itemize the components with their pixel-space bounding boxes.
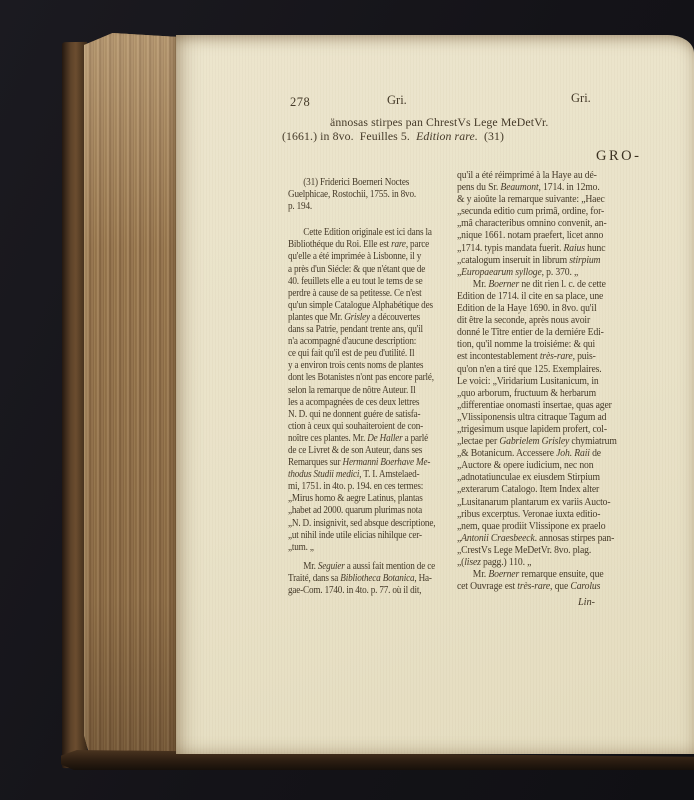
running-head-right: Gri. [571, 91, 591, 106]
text-line: dont les Botanistes n'ont pas encore par… [288, 372, 443, 384]
text-line: donné le Tître entier de la derniére Edi… [457, 327, 636, 339]
text-line: qu'il a été réimprimé à la Haye au dé- [457, 170, 636, 182]
text-line: cet Ouvrage est très-rare, que Carolus [457, 581, 636, 593]
text-line: & y aioûte la remarque suivante: „Haec [457, 194, 636, 206]
paragraph: (31) Friderici Boerneri NoctesGuelphicae… [288, 177, 460, 213]
text-line: „adnotatiunculae ex eiusdem Stirpium [457, 472, 636, 484]
text-line: tion, qu'il nomme la troisiéme: & qui [457, 339, 636, 351]
paragraph: qu'il a été réimprimé à la Haye au dé-pe… [457, 170, 649, 279]
text-line: „secunda editio cum primâ, ordine, for- [457, 206, 636, 218]
text-line: „quo arborum, fructuum & herbarum [457, 388, 636, 400]
text-line: Remarques sur Hermanni Boerhave Me- [288, 457, 443, 469]
text-line: (31) Friderici Boerneri Noctes [288, 177, 443, 189]
text-line: selon la remarque de nôtre Auteur. Il [288, 385, 443, 397]
text-line: „1714. typis mandata fuerit. Raius hunc [457, 243, 636, 255]
text-line: „Mirus homo & aegre Latinus, plantas [288, 493, 443, 505]
text-line: Edition de la Haye 1690. in 8vo. qu'il [457, 303, 636, 315]
text-line: „nem, quae prodiit Vlissipone ex praelo [457, 521, 636, 533]
text-line: gae-Com. 1740. in 4to. p. 77. où il dit, [288, 585, 443, 597]
text-line: „catalogum inseruit in librum stirpium [457, 255, 636, 267]
text-line: Guelphicae, Rostochii, 1755. in 8vo. [288, 189, 443, 201]
text-line: qu'un simple Catalogue Alphabétique des [288, 300, 443, 312]
text-line: „exterarum Catalogo. Item Index alter [457, 484, 636, 496]
text-line: noître ces plantes. Mr. De Haller a parl… [288, 433, 443, 445]
text-line: Mr. Seguier a aussi fait mention de ce [288, 561, 443, 573]
book-cover-edge-left [62, 42, 87, 768]
book-page: 278 Gri. Gri. ännosas stirpes pan Chrest… [176, 35, 694, 754]
text-line: „ut nihil inde utile elicias nihilque ce… [288, 530, 443, 542]
text-line: „mâ characteribus omnino convenit, an- [457, 218, 636, 230]
title-continuation-line-2: (1661.) in 8vo. Feuilles 5. Edition rare… [282, 129, 504, 144]
text-line: „Auctore & opere iudicium, nec non [457, 460, 636, 472]
text-line: „lectae per Gabrielem Grisley chymiatrum [457, 436, 636, 448]
text-line: de ce Livret & de son Auteur, dans ses [288, 445, 443, 457]
text-line: perdre à cause de sa petitesse. Ce n'est [288, 288, 443, 300]
text-line: „differentiae onomasti insertae, quas ag… [457, 400, 636, 412]
text-line: a près d'un Siécle: & que n'étant que de [288, 264, 443, 276]
right-text-column: qu'il a été réimprimé à la Haye au dé-pe… [457, 170, 649, 593]
text-line: 40. feuillets elle a eu tout le tems de … [288, 276, 443, 288]
text-line: „(lisez pagg.) 110. „ [457, 557, 636, 569]
text-line: Mr. Boerner ne dit rien l. c. de cette [457, 279, 636, 291]
paragraph: Cette Edition originale est ici dans laB… [288, 227, 460, 554]
text-line: dit être la seconde, après nous avoir [457, 315, 636, 327]
text-line: ce qui fait qu'il est de peu d'utilité. … [288, 348, 443, 360]
text-line: „Antonii Craesbeeck. annosas stirpes pan… [457, 533, 636, 545]
text-line: thodus Studii medici, T. I. Amstelaed- [288, 469, 443, 481]
text-line: „nique 1661. notam praefert, licet anno [457, 230, 636, 242]
text-line: pens du Sr. Beaumont, 1714. in 12mo. [457, 182, 636, 194]
text-line: Edition de 1714. il cite en sa place, un… [457, 291, 636, 303]
text-line: dans sa Patrie, pendant trente ans, qu'i… [288, 324, 443, 336]
text-line: les a acompagnées de ces deux lettres [288, 397, 443, 409]
text-line: qu'elle a été imprimée à Lisbonne, il y [288, 251, 443, 263]
text-line: n'a acompagné d'aucune description: [288, 336, 443, 348]
left-text-column: (31) Friderici Boerneri NoctesGuelphicae… [288, 177, 460, 597]
text-line: qu'on n'en a tiré que 125. Exemplaires. [457, 364, 636, 376]
text-line: „ribus excerptus. Veronae iuxta editio- [457, 509, 636, 521]
text-line: mi, 1751. in 4to. p. 194. en ces termes: [288, 481, 443, 493]
paragraph: Mr. Boerner remarque ensuite, quecet Ouv… [457, 569, 649, 593]
text-line: „& Botanicum. Accessere Joh. Raii de [457, 448, 636, 460]
catchword: Lin- [578, 597, 595, 608]
text-line: ction à ceux qui souhaiteroient de con- [288, 421, 443, 433]
text-line: Cette Edition originale est ici dans la [288, 227, 443, 239]
running-head-left: Gri. [387, 93, 407, 108]
text-line: „habet ad 2000. quarum plurimas nota [288, 505, 443, 517]
text-line: plantes que Mr. Grisley a découvertes [288, 312, 443, 324]
text-line: Bibliothéque du Roi. Elle est rare, parc… [288, 239, 443, 251]
text-line: Traité, dans sa Bibliotheca Botanica, Ha… [288, 573, 443, 585]
text-line: „CrestVs Lege MeDetVr. 8vo. plag. [457, 545, 636, 557]
text-line: „tum. „ [288, 542, 443, 554]
text-line: N. D. qui ne donnent guére de satisfa- [288, 409, 443, 421]
paragraph: Mr. Boerner ne dit rien l. c. de cetteEd… [457, 279, 649, 569]
section-signature-mark: GRO- [596, 148, 641, 165]
text-line: „trigesimum usque lapidem profert, col- [457, 424, 636, 436]
text-line: p. 194. [288, 201, 443, 213]
text-line: „N. D. insignivit, sed absque descriptio… [288, 518, 443, 530]
text-line: est incontestablement très-rare, puis- [457, 351, 636, 363]
text-line: Mr. Boerner remarque ensuite, que [457, 569, 636, 581]
title-continuation-line-1: ännosas stirpes pan ChrestVs Lege MeDetV… [330, 115, 548, 130]
text-line: y a environ trois cents noms de plantes [288, 360, 443, 372]
book-page-block-fore-edge [84, 31, 179, 757]
text-line: Le voici: „Viridarium Lusitanicum, in [457, 376, 636, 388]
page-number: 278 [290, 95, 310, 110]
text-line: „Lusitanarum plantarum ex variis Aucto- [457, 497, 636, 509]
text-line: „Europaearum sylloge, p. 370. „ [457, 267, 636, 279]
paragraph: Mr. Seguier a aussi fait mention de ceTr… [288, 561, 460, 597]
text-line: „Vlissiponensis ultra citraque Tagum ad [457, 412, 636, 424]
